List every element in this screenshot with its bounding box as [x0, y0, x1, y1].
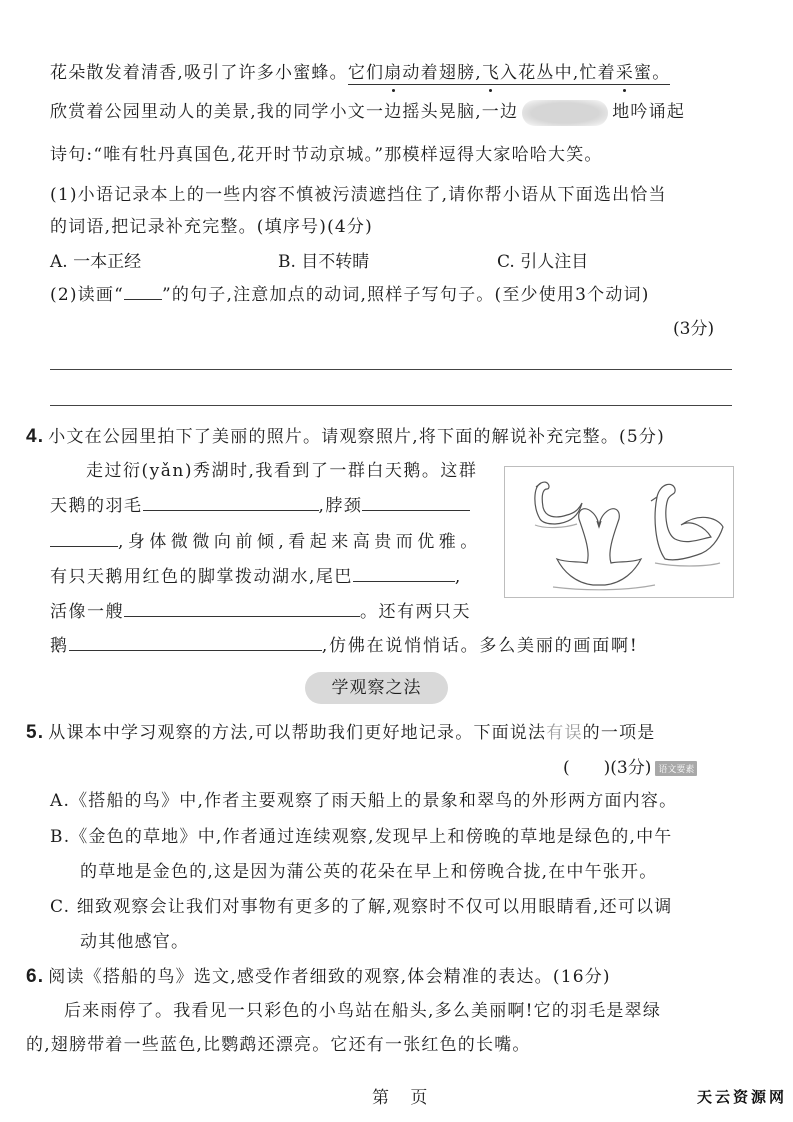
q5-option-c-line-2: 动其他感官。: [80, 927, 189, 952]
q4-text: 。还有两只天: [360, 602, 471, 622]
q6-passage-line-2: 的,翅膀带着一些蓝色,比鹦鹉还漂亮。它还有一张红色的长嘴。: [26, 1030, 531, 1055]
passage-text: 欣赏着公园里动人的美景,我的同学小文一边摇头晃脑,一边: [50, 102, 518, 122]
q4-line-2: 天鹅的羽毛,脖颈: [50, 491, 470, 516]
underlined-segment: 它们: [348, 63, 384, 83]
underlined-sentence: 它们扇动着翅膀,飞入花丛中,忙着采蜜。: [348, 63, 671, 85]
option-a: A. 一本正经: [50, 247, 141, 272]
fill-blank-neck-cont[interactable]: [50, 530, 118, 547]
q5-option-b-line-2: 的草地是金色的,这是因为蒲公英的花朵在早上和傍晚合拢,在中午张开。: [80, 857, 657, 882]
option-b: B. 目不转睛: [278, 247, 369, 272]
underlined-segment: 蜜。: [634, 63, 670, 83]
emphasis-text: 有误: [546, 723, 582, 743]
passage-line-1: 花朵散发着清香,吸引了许多小蜜蜂。它们扇动着翅膀,飞入花丛中,忙着采蜜。: [50, 58, 670, 83]
q4-text: 天鹅的羽毛: [50, 496, 143, 516]
q4-line-3: ,身体微微向前倾,看起来高贵而优雅。: [50, 527, 482, 552]
underline-sample: [124, 283, 162, 300]
answer-bracket[interactable]: ( ): [563, 758, 610, 778]
q4-line-5: 活像一艘。还有两只天: [50, 597, 471, 622]
fill-blank-neck[interactable]: [362, 494, 470, 511]
underlined-segment: 入花丛中,忙着: [500, 63, 616, 83]
question-6-prompt: 6.阅读《搭船的鸟》选文,感受作者细致的观察,体会精准的表达。(16分): [26, 962, 611, 988]
q4-text: 活像一艘: [50, 602, 124, 622]
sub-question-2: (2)读画“”的句子,注意加点的动词,照样子写句子。(至少使用3个动词): [50, 280, 650, 305]
fill-blank-tail[interactable]: [353, 565, 455, 582]
question-5-answer-row: ( )(3分)语文要素: [563, 753, 697, 778]
passage-line-2: 欣赏着公园里动人的美景,我的同学小文一边摇头晃脑,一边地吟诵起: [50, 97, 685, 126]
question-5-prompt: 5.从课本中学习观察的方法,可以帮助我们更好地记录。下面说法有误的一项是: [26, 718, 655, 744]
underlined-segment: 动着翅膀,: [402, 63, 481, 83]
watermark: 天云资源网: [697, 1086, 787, 1107]
sub-question-1-line-2: 的词语,把记录补充完整。(填序号)(4分): [50, 212, 373, 237]
category-badge: 语文要素: [655, 761, 697, 776]
q4-text: ,: [455, 567, 462, 587]
sub-question-2-text: (2)读画“: [50, 285, 124, 305]
passage-text: 地吟诵起: [612, 102, 685, 122]
fill-blank-pair[interactable]: [69, 634, 322, 651]
dotted-verb: 采: [616, 63, 634, 83]
section-header-learn-observation: 学观察之法: [305, 672, 448, 704]
answer-line-1[interactable]: [50, 369, 732, 370]
q5-option-a: A.《搭船的鸟》中,作者主要观察了雨天船上的景象和翠鸟的外形两方面内容。: [50, 786, 677, 811]
swans-icon: [505, 467, 733, 597]
option-c: C. 引人注目: [497, 247, 588, 272]
passage-text: 花朵散发着清香,吸引了许多小蜜蜂。: [50, 63, 348, 83]
q4-text: 鹅: [50, 636, 69, 656]
question-text: 阅读《搭船的鸟》选文,感受作者细致的观察,体会精准的表达。(16分): [48, 967, 611, 987]
question-number: 4.: [26, 426, 44, 447]
question-text: 小文在公园里拍下了美丽的照片。请观察照片,将下面的解说补充完整。(5分): [48, 427, 665, 447]
question-text: 的一项是: [583, 723, 656, 743]
question-text: 从课本中学习观察的方法,可以帮助我们更好地记录。下面说法: [48, 723, 546, 743]
q4-text: 有只天鹅用红色的脚掌拨动湖水,尾巴: [50, 567, 353, 587]
answer-line-2[interactable]: [50, 405, 732, 406]
q5-option-b-line-1: B.《金色的草地》中,作者通过连续观察,发现早上和傍晚的草地是绿色的,中午: [50, 822, 673, 847]
q6-passage-line-1: 后来雨停了。我看见一只彩色的小鸟站在船头,多么美丽啊!它的羽毛是翠绿: [64, 996, 661, 1021]
q4-text: ,仿佛在说悄悄话。多么美丽的画面啊!: [322, 636, 639, 656]
swan-illustration: [504, 466, 734, 598]
q4-text: ,身体微微向前倾,看起来高贵而优雅。: [118, 532, 482, 552]
q4-line-4: 有只天鹅用红色的脚掌拨动湖水,尾巴,: [50, 562, 462, 587]
fill-blank-boat[interactable]: [124, 600, 360, 617]
ink-smudge: [522, 100, 608, 126]
q4-text: ,脖颈: [319, 496, 363, 516]
page-number-label: 第 页: [372, 1083, 435, 1108]
passage-line-3: 诗句:“唯有牡丹真国色,花开时节动京城。”那模样逗得大家哈哈大笑。: [50, 140, 603, 165]
dotted-verb: 飞: [482, 63, 500, 83]
sub-question-2-text: ”的句子,注意加点的动词,照样子写句子。(至少使用3个动词): [162, 285, 650, 305]
question-number: 6.: [26, 966, 44, 987]
fill-blank-feathers[interactable]: [143, 494, 319, 511]
sub-question-2-score: (3分): [673, 314, 714, 339]
q4-line-1: 走过衍(yǎn)秀湖时,我看到了一群白天鹅。这群: [86, 456, 477, 481]
q4-line-6: 鹅,仿佛在说悄悄话。多么美丽的画面啊!: [50, 631, 638, 656]
dotted-verb: 扇: [384, 63, 402, 83]
sub-question-1-line-1: (1)小语记录本上的一些内容不慎被污渍遮挡住了,请你帮小语从下面选出恰当: [50, 180, 667, 205]
question-number: 5.: [26, 722, 44, 743]
q5-option-c-line-1: C. 细致观察会让我们对事物有更多的了解,观察时不仅可以用眼睛看,还可以调: [50, 892, 672, 917]
score-label: (3分): [610, 758, 651, 778]
question-4-prompt: 4.小文在公园里拍下了美丽的照片。请观察照片,将下面的解说补充完整。(5分): [26, 422, 665, 448]
